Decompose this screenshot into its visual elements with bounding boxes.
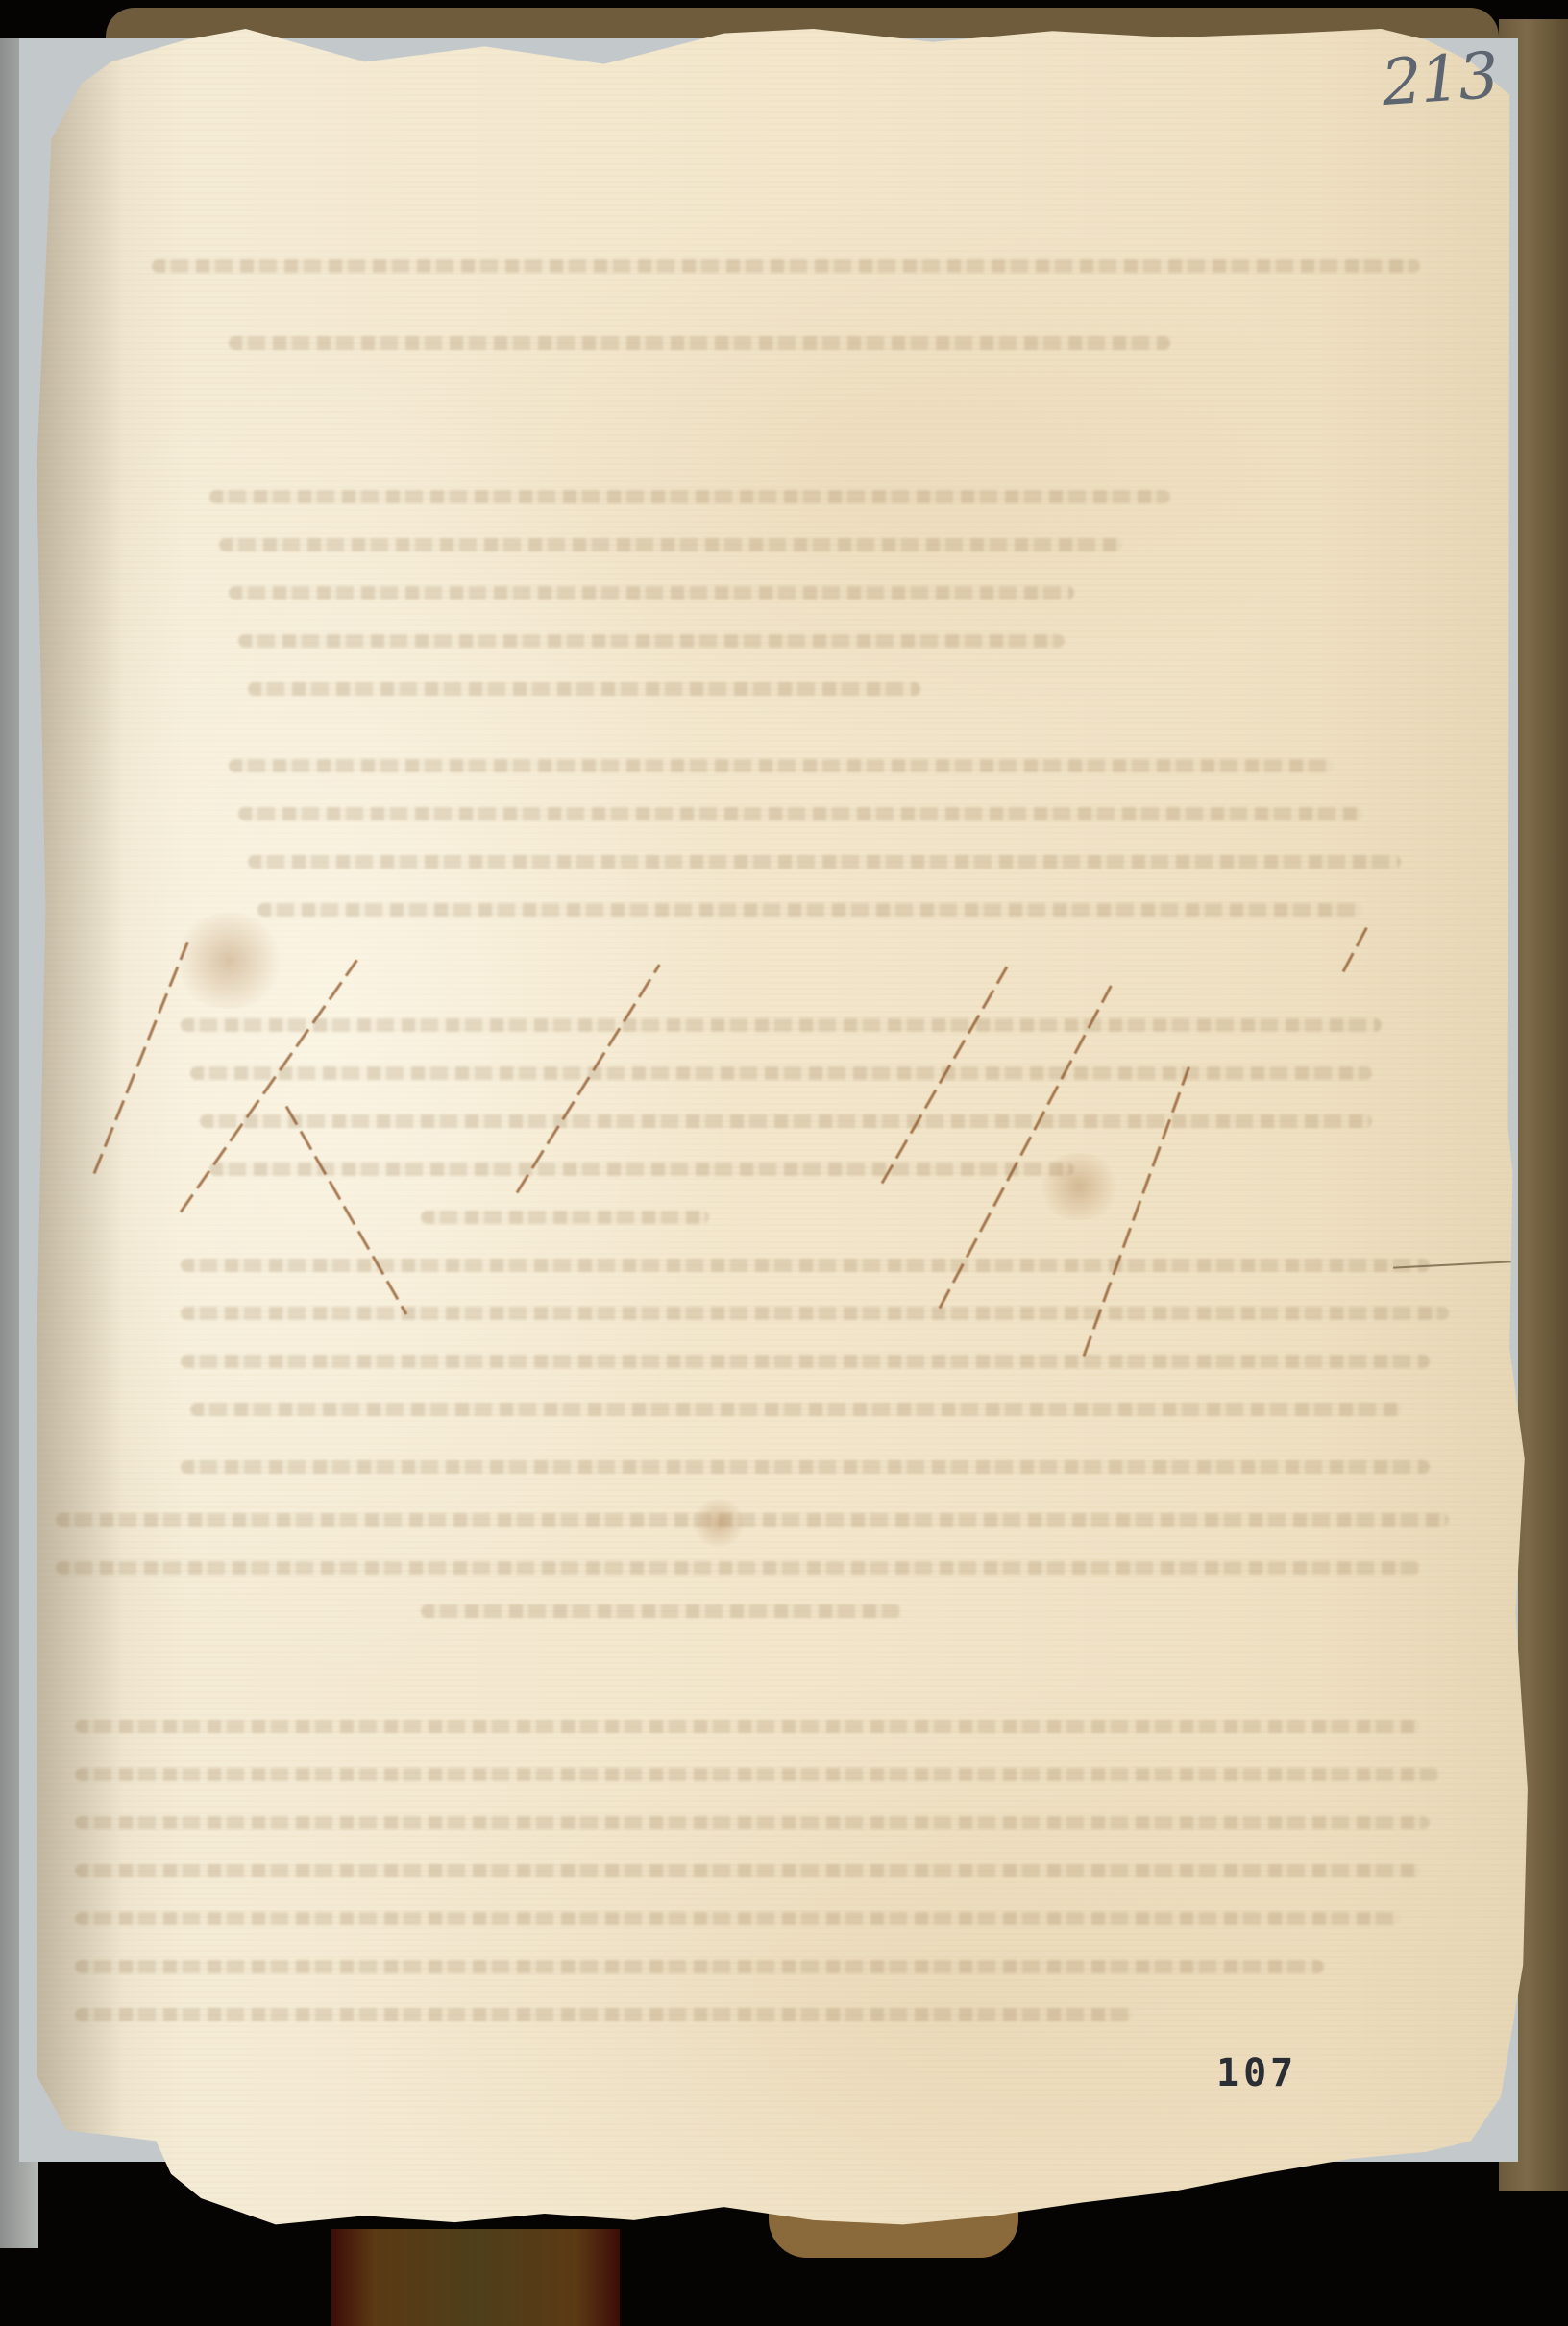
bleed-through-line bbox=[75, 2008, 1132, 2021]
bleed-through-line bbox=[56, 1561, 1420, 1575]
manuscript-page bbox=[37, 29, 1531, 2229]
bleed-through-line bbox=[229, 759, 1334, 772]
bleed-through-line bbox=[75, 1816, 1430, 1829]
bleed-through-line bbox=[75, 1720, 1420, 1733]
bleed-through-line bbox=[75, 1960, 1324, 1973]
bleed-through-line bbox=[56, 1513, 1449, 1527]
bleed-through-line bbox=[257, 903, 1362, 917]
bleed-through-line bbox=[229, 336, 1170, 350]
bleed-through-line bbox=[229, 586, 1074, 600]
bleed-through-line bbox=[181, 1460, 1430, 1474]
bleed-through-line bbox=[248, 855, 1401, 869]
ink-stain bbox=[690, 1499, 747, 1547]
bleed-through-line bbox=[75, 1912, 1401, 1925]
bleed-through-line bbox=[190, 1403, 1401, 1416]
bleed-through-line bbox=[219, 538, 1122, 551]
bleed-through-line bbox=[200, 1114, 1372, 1128]
bleed-through-line bbox=[238, 807, 1362, 820]
cancellation-stroke bbox=[285, 1106, 408, 1315]
bleed-through-line bbox=[238, 634, 1065, 648]
bleed-through-line bbox=[75, 1768, 1439, 1781]
cancellation-stroke bbox=[1342, 920, 1372, 972]
manuscript-scan: 213 107 bbox=[0, 0, 1568, 2326]
bleed-through-line bbox=[181, 1259, 1430, 1272]
bleed-through-line bbox=[181, 1018, 1382, 1032]
bleed-through-line bbox=[75, 1864, 1420, 1877]
folio-number: 213 bbox=[1379, 38, 1499, 120]
bleed-through-line bbox=[248, 682, 920, 696]
bleed-through-line bbox=[209, 1163, 1074, 1176]
bleed-through-line bbox=[190, 1066, 1372, 1080]
bleed-through-line bbox=[152, 259, 1420, 273]
bottom-cloth-tab bbox=[331, 2229, 620, 2326]
ink-stain bbox=[1036, 1153, 1122, 1220]
bleed-through-line bbox=[181, 1307, 1449, 1320]
bleed-through-line bbox=[209, 490, 1170, 503]
bleed-through-line bbox=[421, 1604, 901, 1618]
stamped-page-number: 107 bbox=[1216, 2051, 1297, 2095]
bleed-through-line bbox=[421, 1211, 709, 1224]
bleed-through-line bbox=[181, 1355, 1430, 1368]
ink-stain bbox=[171, 913, 286, 1009]
